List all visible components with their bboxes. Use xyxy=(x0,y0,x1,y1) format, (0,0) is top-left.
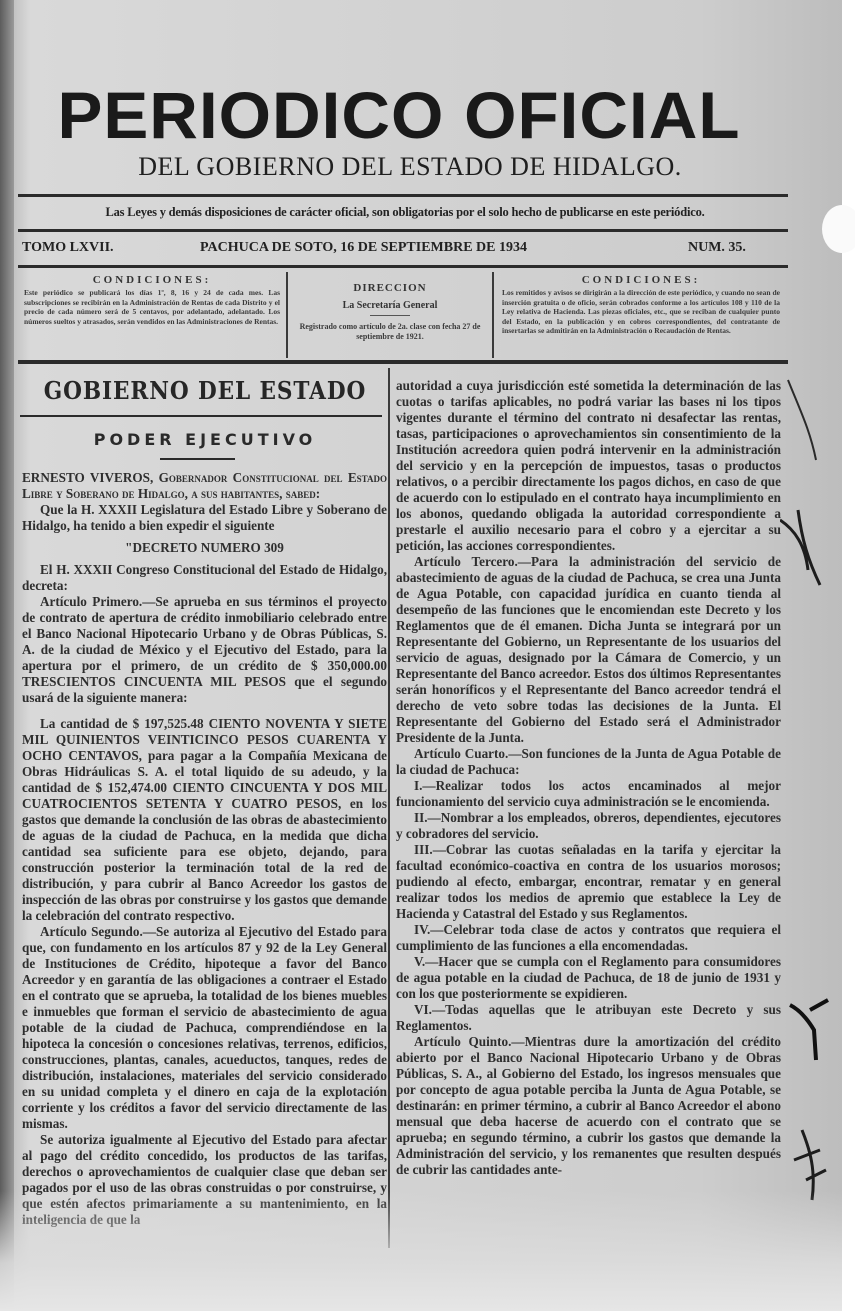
issue-place-date: PACHUCA DE SOTO, 16 DE SEPTIEMBRE DE 193… xyxy=(200,240,527,256)
article-2: Artículo Segundo.—Se autoriza al Ejecuti… xyxy=(22,924,387,1132)
direction-heading: DIRECCION xyxy=(290,282,490,294)
scan-glare xyxy=(822,205,855,253)
masthead-title: PERIODICO OFICIAL xyxy=(6,82,791,148)
function-5: V.—Hacer que se cumpla con el Reglamento… xyxy=(396,954,781,1002)
issue-number: NUM. 35. xyxy=(688,240,746,256)
page-spine-shadow xyxy=(0,0,14,1311)
handwritten-margin-marks-icon xyxy=(780,370,840,1250)
column-divider xyxy=(388,368,390,1248)
divider-rule xyxy=(18,265,788,268)
decree-intro-2: Que la H. XXXII Legislatura del Estado L… xyxy=(22,502,387,534)
direction-rule xyxy=(370,315,410,316)
function-4: IV.—Celebrar toda clase de actos y contr… xyxy=(396,922,781,954)
decree-intro: ERNESTO VIVEROS, Gobernador Constitucion… xyxy=(22,470,387,502)
left-column: ERNESTO VIVEROS, Gobernador Constitucion… xyxy=(22,470,387,1228)
conditions-text: Los remitidos y avisos se dirigirán a la… xyxy=(496,286,786,338)
article-5: Artículo Quinto.—Mientras dure la amorti… xyxy=(396,1034,781,1178)
function-6: VI.—Todas aquellas que le atribuyan este… xyxy=(396,1002,781,1034)
divider-rule xyxy=(160,458,235,460)
conditions-box-right: CONDICIONES: Los remitidos y avisos se d… xyxy=(496,270,786,358)
decree-title: "DECRETO NUMERO 309 xyxy=(22,540,387,556)
conditions-heading: CONDICIONES: xyxy=(496,274,786,286)
direction-registration: Registrado como artículo de 2a. clase co… xyxy=(290,320,490,343)
function-2: II.—Nombrar a los empleados, obreros, de… xyxy=(396,810,781,842)
function-1: I.—Realizar todos los actos encaminados … xyxy=(396,778,781,810)
decree-preamble: El H. XXXII Congreso Constitucional del … xyxy=(22,562,387,594)
divider-rule xyxy=(18,229,788,232)
article-3: Artículo Tercero.—Para la administración… xyxy=(396,554,781,746)
section-subtitle: PODER EJECUTIVO xyxy=(20,430,390,449)
conditions-text: Este periódico se publicará los días 1º,… xyxy=(18,286,286,328)
section-title: GOBIERNO DEL ESTADO xyxy=(39,376,372,405)
column-divider xyxy=(286,272,288,358)
article-2-detail: Se autoriza igualmente al Ejecutivo del … xyxy=(22,1132,387,1228)
right-column: autoridad a cuya jurisdicción esté somet… xyxy=(396,378,781,1178)
masthead-subtitle: DEL GOBIERNO DEL ESTADO DE HIDALGO. xyxy=(20,152,800,182)
direction-line: La Secretaría General xyxy=(290,300,490,311)
column-divider xyxy=(492,272,494,358)
conditions-box-left: CONDICIONES: Este periódico se publicará… xyxy=(18,270,286,358)
divider-rule xyxy=(18,194,788,197)
article-4: Artículo Cuarto.—Son funciones de la Jun… xyxy=(396,746,781,778)
continuation-paragraph: autoridad a cuya jurisdicción esté somet… xyxy=(396,378,781,554)
conditions-heading: CONDICIONES: xyxy=(18,274,286,286)
divider-rule xyxy=(18,360,788,364)
issue-tomo: TOMO LXVII. xyxy=(22,240,114,256)
article-1: Artículo Primero.—Se aprueba en sus térm… xyxy=(22,594,387,706)
divider-rule xyxy=(20,415,382,417)
direction-box: DIRECCION La Secretaría General Registra… xyxy=(290,270,490,358)
article-1-detail: La cantidad de $ 197,525.48 CIENTO NOVEN… xyxy=(22,716,387,924)
newspaper-page: PERIODICO OFICIAL DEL GOBIERNO DEL ESTAD… xyxy=(0,0,842,1311)
function-3: III.—Cobrar las cuotas señaladas en la t… xyxy=(396,842,781,922)
issue-line: TOMO LXVII. PACHUCA DE SOTO, 16 DE SEPTI… xyxy=(20,240,790,260)
legal-notice: Las Leyes y demás disposiciones de carác… xyxy=(20,205,790,220)
